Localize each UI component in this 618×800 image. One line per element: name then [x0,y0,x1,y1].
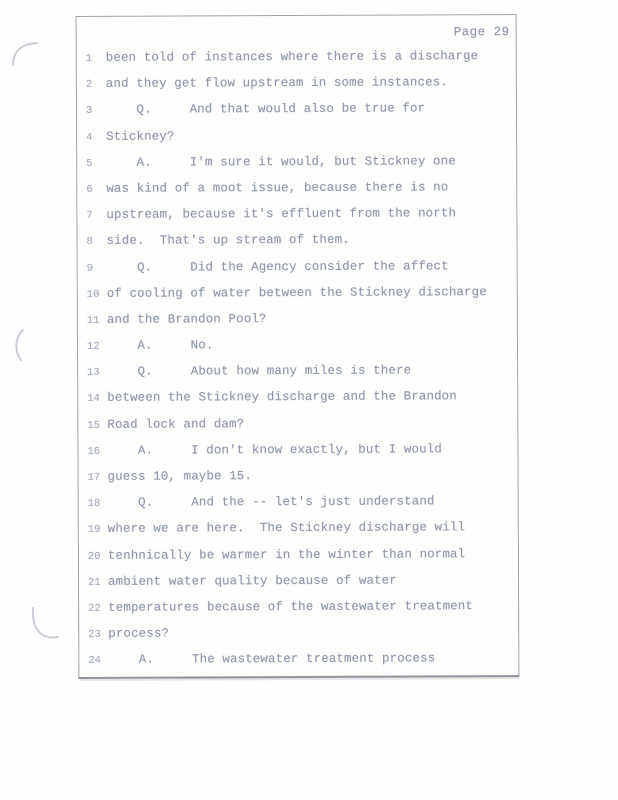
line-text: Q. About how many miles is there [107,358,411,386]
transcript-line: 22 temperatures because of the wastewate… [88,593,518,621]
transcript-line: 4 Stickney? [86,122,516,150]
line-number: 17 [88,465,108,491]
line-number: 21 [88,570,108,596]
transcript-line: 21 ambient water quality because of wate… [88,567,518,595]
scan-mark-bottom [33,608,58,637]
transcript-line: 7 upstream, because it's effluent from t… [86,200,516,228]
line-number: 5 [86,151,106,177]
line-number: 11 [87,308,107,334]
line-text: between the Stickney discharge and the B… [107,384,457,412]
line-text: and they get flow upstream in some insta… [106,70,448,98]
transcript-line: 11 and the Brandon Pool? [87,305,517,333]
line-number: 3 [86,98,106,124]
line-text: process? [108,621,169,647]
line-text: tenhnically be warmer in the winter than… [108,541,465,569]
line-number: 15 [87,412,107,438]
transcript-line: 15 Road lock and dam? [87,410,517,438]
transcript-line: 6 was kind of a moot issue, because ther… [86,174,516,202]
line-text: Q. And the -- let's just understand [108,489,435,517]
transcript-line: 8 side. That's up stream of them. [86,226,516,254]
line-text: temperatures because of the wastewater t… [108,593,473,621]
line-text: Stickney? [106,123,175,150]
line-number: 22 [88,596,108,622]
line-number: 12 [87,334,107,360]
line-text: where we are here. The Stickney discharg… [108,515,465,543]
scan-mark-middle [16,330,23,360]
line-number: 13 [87,360,107,386]
transcript-body: 1 been told of instances where there is … [77,43,519,673]
line-text: ambient water quality because of water [108,567,397,594]
line-text: of cooling of water between the Stickney… [107,279,487,307]
transcript-line: 19 where we are here. The Stickney disch… [88,514,518,542]
page-border: Page 29 1 been told of instances where t… [76,14,520,679]
transcript-line: 16 A. I don't know exactly, but I would [87,436,517,464]
line-number: 7 [86,203,106,229]
transcript-line: 1 been told of instances where there is … [86,43,516,71]
transcript-line: 18 Q. And the -- let's just understand [88,488,518,516]
line-number: 2 [86,72,106,98]
line-text: been told of instances where there is a … [106,43,479,71]
transcript-line: 13 Q. About how many miles is there [87,357,517,385]
transcript-line: 5 A. I'm sure it would, but Stickney one [86,148,516,176]
line-text: side. That's up stream of them. [106,227,349,254]
scanned-transcript-page: Page 29 1 been told of instances where t… [0,0,618,800]
transcript-line: 24 A. The wastewater treatment process [88,645,518,673]
line-number: 10 [87,282,107,308]
line-text: A. No. [107,332,214,359]
line-text: A. I'm sure it would, but Stickney one [106,148,456,176]
line-text: A. The wastewater treatment process [108,646,435,674]
line-number: 4 [86,124,106,150]
line-number: 14 [87,386,107,412]
line-number: 19 [88,517,108,543]
line-number: 8 [86,229,106,255]
line-text: guess 10, maybe 15. [108,463,253,490]
line-number: 23 [88,622,108,648]
transcript-line: 2 and they get flow upstream in some ins… [86,69,516,97]
line-number: 6 [86,177,106,203]
line-number: 20 [88,543,108,569]
line-text: Q. And that would also be true for [106,96,425,124]
line-number: 24 [88,648,108,674]
transcript-line: 14 between the Stickney discharge and th… [87,383,517,411]
line-number: 9 [87,255,107,281]
line-text: Road lock and dam? [107,411,244,438]
transcript-line: 12 A. No. [87,331,517,359]
transcript-line: 20 tenhnically be warmer in the winter t… [88,541,518,569]
transcript-line: 9 Q. Did the Agency consider the affect [87,253,517,281]
transcript-line: 17 guess 10, maybe 15. [88,462,518,490]
line-text: Q. Did the Agency consider the affect [107,253,449,281]
line-text: was kind of a moot issue, because there … [106,174,448,202]
line-text: A. I don't know exactly, but I would [107,436,442,464]
transcript-line: 23 process? [88,619,518,647]
line-text: and the Brandon Pool? [107,306,267,333]
page-number-header: Page 29 [454,25,510,39]
transcript-line: 3 Q. And that would also be true for [86,95,516,123]
line-number: 18 [88,491,108,517]
line-number: 1 [86,46,106,72]
line-text: upstream, because it's effluent from the… [106,200,456,228]
transcript-line: 10 of cooling of water between the Stick… [87,279,517,307]
scan-mark-top [13,43,37,65]
line-number: 16 [87,439,107,465]
